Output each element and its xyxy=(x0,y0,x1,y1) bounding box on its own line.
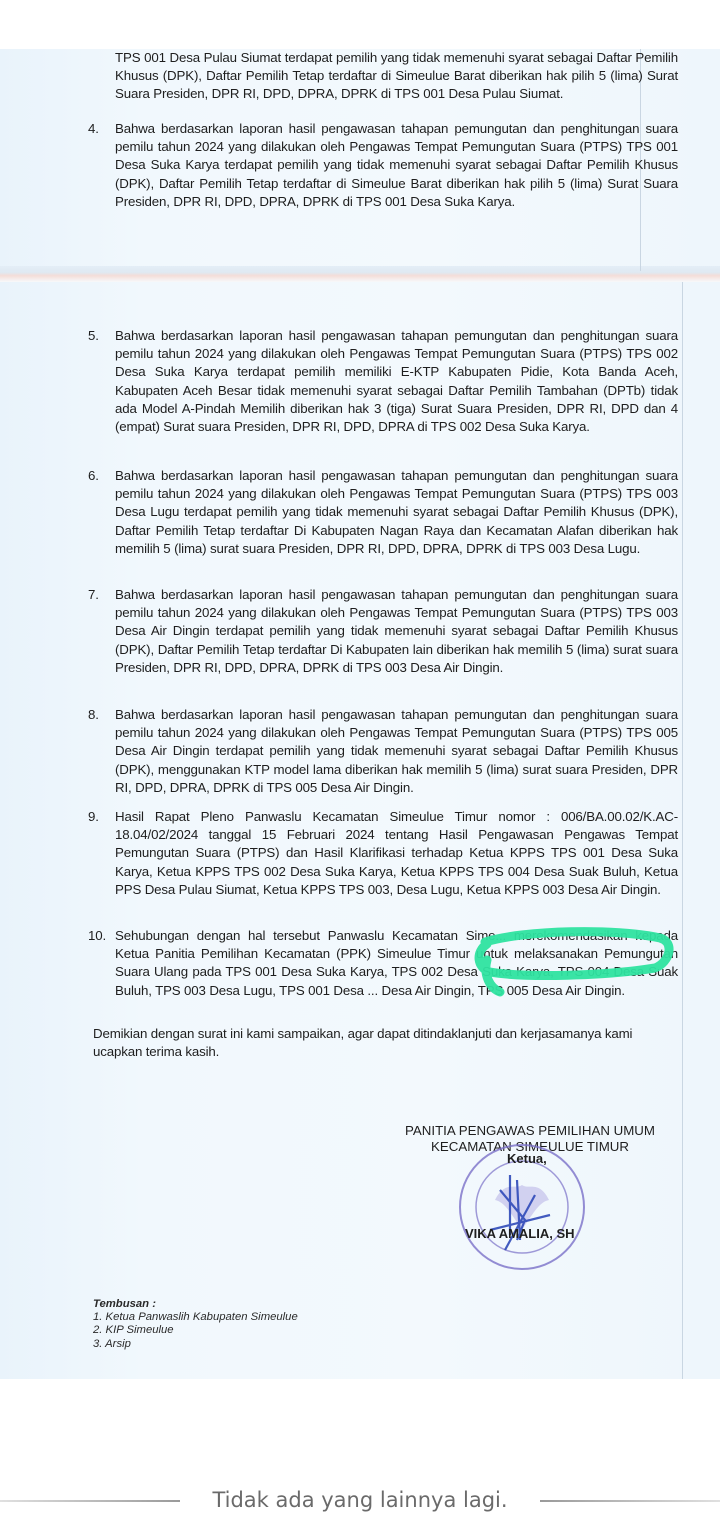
highlight-annotation xyxy=(465,920,685,1010)
item-text: Bahwa berdasarkan laporan hasil pengawas… xyxy=(115,327,678,436)
list-item: 5. Bahwa berdasarkan laporan hasil penga… xyxy=(88,327,678,436)
item-number: 9. xyxy=(88,808,99,826)
tembusan-item: 1. Ketua Panwaslih Kabupaten Simeulue xyxy=(93,1311,298,1324)
signature-org-line1: PANITIA PENGAWAS PEMILIHAN UMUM xyxy=(380,1122,680,1139)
item-text: Bahwa berdasarkan laporan hasil pengawas… xyxy=(115,120,678,211)
item-number: 4. xyxy=(88,120,99,138)
list-item: 6. Bahwa berdasarkan laporan hasil penga… xyxy=(88,467,678,558)
item-number: 6. xyxy=(88,467,99,485)
list-item: 4. Bahwa berdasarkan laporan hasil penga… xyxy=(88,120,678,211)
list-item: 9. Hasil Rapat Pleno Panwaslu Kecamatan … xyxy=(88,808,678,899)
scan-line xyxy=(682,282,683,1379)
item-text: Hasil Rapat Pleno Panwaslu Kecamatan Sim… xyxy=(115,808,678,899)
item-number: 5. xyxy=(88,327,99,345)
tembusan-item: 3. Arsip xyxy=(93,1338,298,1351)
closing-paragraph: Demikian dengan surat ini kami sampaikan… xyxy=(93,1025,678,1061)
item-text: Bahwa berdasarkan laporan hasil pengawas… xyxy=(115,706,678,797)
end-of-content-message: Tidak ada yang lainnya lagi. xyxy=(0,1488,720,1512)
list-item: 7. Bahwa berdasarkan laporan hasil penga… xyxy=(88,586,678,677)
item-text: Bahwa berdasarkan laporan hasil pengawas… xyxy=(115,467,678,558)
tembusan-section: Tembusan : 1. Ketua Panwaslih Kabupaten … xyxy=(93,1298,298,1351)
item-number: 7. xyxy=(88,586,99,604)
tembusan-item: 2. KIP Simeulue xyxy=(93,1324,298,1337)
signatory-name: VIKA AMALIA, SH xyxy=(465,1226,575,1241)
item-number: 8. xyxy=(88,706,99,724)
signature-role: Ketua, xyxy=(507,1151,547,1166)
continued-item-3: TPS 001 Desa Pulau Siumat terdapat pemil… xyxy=(115,49,678,104)
page-seam xyxy=(0,266,720,282)
tembusan-heading: Tembusan : xyxy=(93,1298,298,1311)
item-text: Bahwa berdasarkan laporan hasil pengawas… xyxy=(115,586,678,677)
list-item: 8. Bahwa berdasarkan laporan hasil penga… xyxy=(88,706,678,797)
item-number: 10. xyxy=(88,927,106,945)
